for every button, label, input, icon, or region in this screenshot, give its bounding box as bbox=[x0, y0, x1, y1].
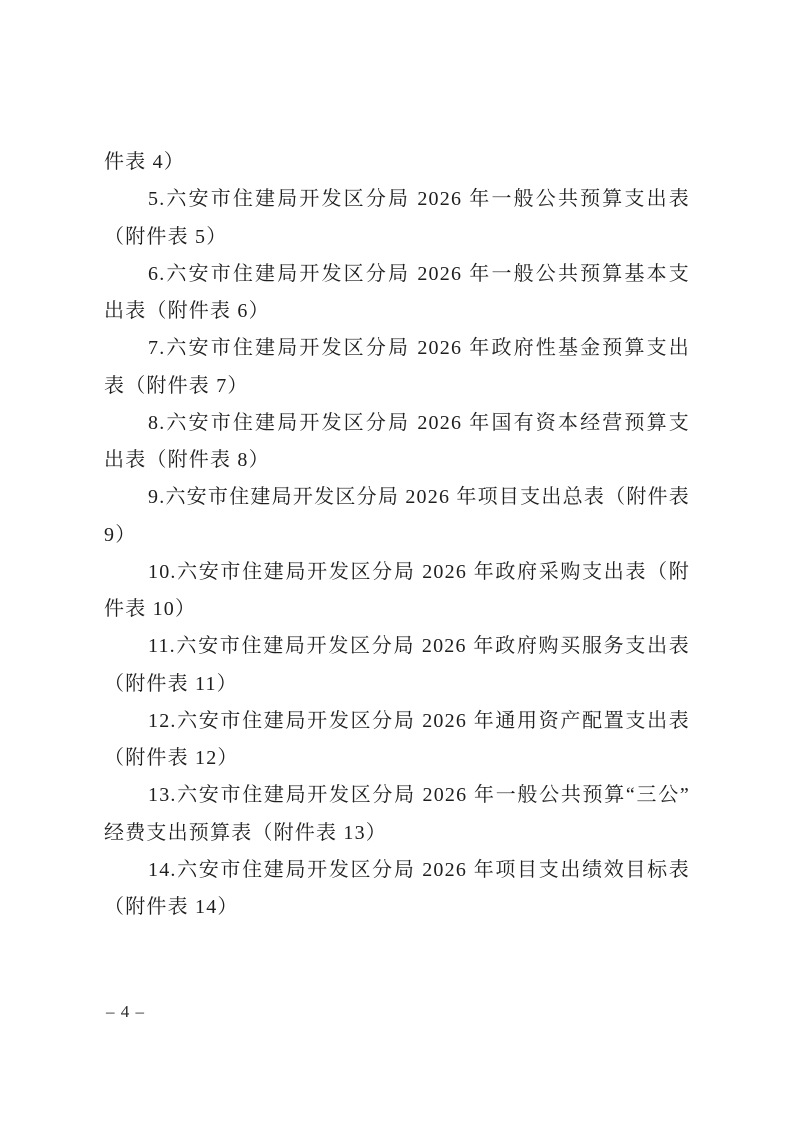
text-line: 件表 10） bbox=[104, 591, 690, 628]
content-lines: 件表 4）5.六安市住建局开发区分局 2026 年一般公共预算支出表（附件表 5… bbox=[104, 144, 690, 926]
text-line: 10.六安市住建局开发区分局 2026 年政府采购支出表（附 bbox=[104, 554, 690, 591]
text-line: 表（附件表 7） bbox=[104, 368, 690, 405]
page-number: – 4 – bbox=[106, 1001, 145, 1023]
text-line: 件表 4） bbox=[104, 144, 690, 181]
text-line: （附件表 12） bbox=[104, 740, 690, 777]
text-line: 9.六安市住建局开发区分局 2026 年项目支出总表（附件表 bbox=[104, 479, 690, 516]
text-line: 12.六安市住建局开发区分局 2026 年通用资产配置支出表 bbox=[104, 703, 690, 740]
text-line: 5.六安市住建局开发区分局 2026 年一般公共预算支出表 bbox=[104, 181, 690, 218]
text-line: 9） bbox=[104, 517, 690, 554]
text-line: 7.六安市住建局开发区分局 2026 年政府性基金预算支出 bbox=[104, 330, 690, 367]
text-line: 6.六安市住建局开发区分局 2026 年一般公共预算基本支 bbox=[104, 256, 690, 293]
text-line: 14.六安市住建局开发区分局 2026 年项目支出绩效目标表 bbox=[104, 852, 690, 889]
text-line: 出表（附件表 8） bbox=[104, 442, 690, 479]
text-line: 11.六安市住建局开发区分局 2026 年政府购买服务支出表 bbox=[104, 628, 690, 665]
text-line: （附件表 14） bbox=[104, 889, 690, 926]
text-line: 8.六安市住建局开发区分局 2026 年国有资本经营预算支 bbox=[104, 405, 690, 442]
document-page: 件表 4）5.六安市住建局开发区分局 2026 年一般公共预算支出表（附件表 5… bbox=[0, 0, 793, 1122]
text-line: 出表（附件表 6） bbox=[104, 293, 690, 330]
text-line: 13.六安市住建局开发区分局 2026 年一般公共预算“三公” bbox=[104, 777, 690, 814]
text-line: （附件表 5） bbox=[104, 219, 690, 256]
text-line: （附件表 11） bbox=[104, 666, 690, 703]
text-line: 经费支出预算表（附件表 13） bbox=[104, 815, 690, 852]
